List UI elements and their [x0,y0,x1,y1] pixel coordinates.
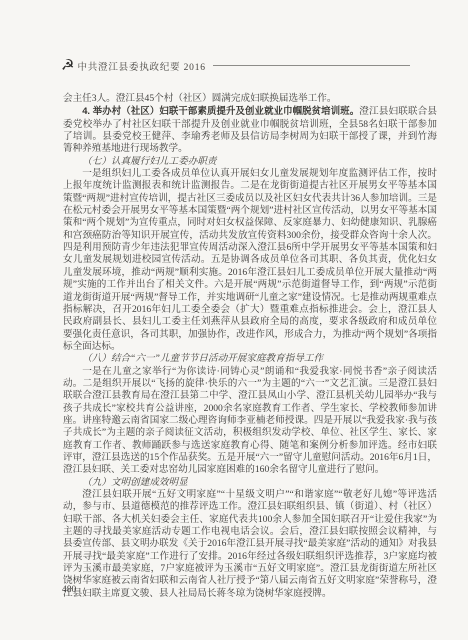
document-page: ☭ 中共澄江县委执政纪要 2016 会主任3人。澄江县45个村（社区）圆满完成妇… [0,0,468,640]
body-text: 会主任3人。澄江县45个村（社区）圆满完成妇联换届选举工作。 4. 举办村（社区… [63,93,437,600]
paragraph-section-8: 一是在儿童之家举行“为你读诗·同铸心灵”朗诵和“我爱我家·同悦书香”亲子阅读活动… [63,366,437,477]
header-title: 中共澄江县委执政纪要 2016 [77,59,205,73]
header-rule [213,65,410,66]
item-4-heading: 4. 举办村（社区）妇联干部素质提升及创业就业巾帼脱贫培训班。 [82,105,359,116]
party-emblem-icon: ☭ [61,58,74,73]
page-number: 480 [62,585,76,595]
section-heading-8: （八）结合“六一”儿童节节日活动开展家庭教育指导工作 [63,353,437,365]
paragraph-section-9: 澄江县妇联开展“五好文明家庭”“十星级文明户”“和谐家庭”“敬老好儿媳”等评选活… [63,489,437,600]
paragraph-item-4: 4. 举办村（社区）妇联干部素质提升及创业就业巾帼脱贫培训班。澄江县妇联联合县委… [63,105,437,155]
paragraph-continuation: 会主任3人。澄江县45个村（社区）圆满完成妇联换届选举工作。 [63,93,437,105]
section-heading-9: （九）文明创建成效明显 [63,477,437,489]
paragraph-section-7: 一是组织妇儿工委各成员单位认真开展妇女儿童发展规划年度监测评估工作，按时上报年度… [63,168,437,353]
section-heading-7: （七）认真履行妇儿工委办职责 [63,156,437,168]
page-header: ☭ 中共澄江县委执政纪要 2016 [61,58,438,73]
